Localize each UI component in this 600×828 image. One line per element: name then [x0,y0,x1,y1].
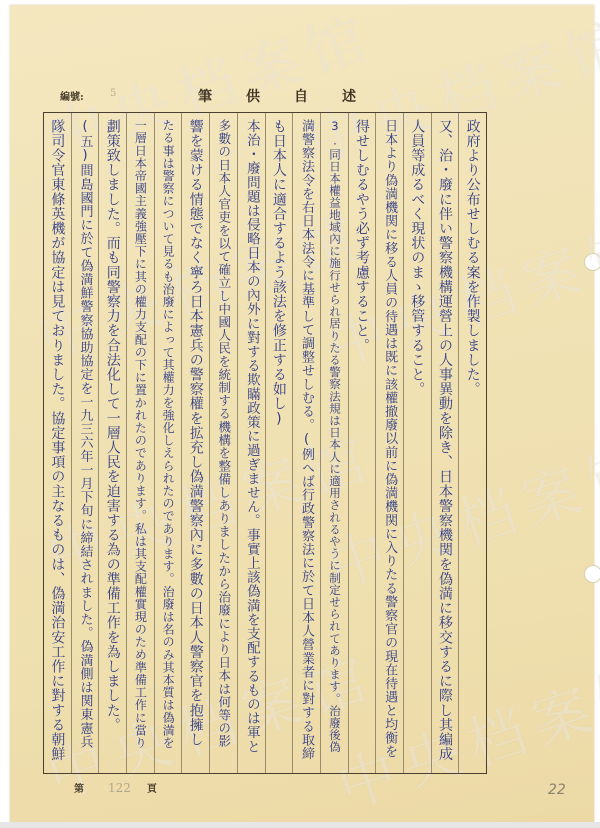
handwritten-line: 隊司令官東條英機が協定は見ておりました。協定事項の主なるものは、偽満治安工作に對… [50,119,64,761]
manuscript-column: 隊司令官東條英機が協定は見ておりました。協定事項の主なるものは、偽満治安工作に對… [44,113,72,773]
manuscript-column: 政府より公布せしむる案を作製しました。 [459,113,486,773]
handwritten-line: 響を蒙ける情態でなく寧ろ日本憲兵の警察權を拡充し偽満警察內に多數の日本人警察官を… [189,119,203,747]
manuscript-column: 又、治・廢に伴い警察機構運營上の人事異動を除き、日本警察機関を偽満に移交するに際… [432,113,460,773]
archive-number: 22 [548,782,566,798]
manuscript-column: 多數の日本人官吏を以て確立し中國人民を統制する機構を整備しありましたから治廢によ… [210,113,238,773]
manuscript-column: 満警察法令を右日本法令に基準して調整せしむる。(例へば行政警察法に於て日本人營業… [293,113,321,773]
manuscript-column: たる事は警察について見るも治廢によって其權力を強化しえられたのであります。治廢は… [155,113,183,773]
manuscript-column: 得せしむるやう必ず考慮すること。 [349,113,377,773]
manuscript-column: 3.同日本權益地域內に施行せられ居りたる警察法規は日本人に適用されるやうに制定せ… [321,113,349,773]
handwritten-line: 劃策致しました。而も同警察力を合法化して一層人民を迫害する為の準備工作を為しまし… [106,119,120,732]
manuscript-column: 劃策致しました。而も同警察力を合法化して一層人民を迫害する為の準備工作を為しまし… [99,113,127,773]
handwritten-line: 又、治・廢に伴い警察機構運營上の人事異動を除き、日本警察機関を偽満に移交するに際… [438,119,452,761]
serial-number: 5 [110,88,116,99]
page-prefix: 第 [74,784,84,795]
punch-hole [584,565,600,583]
handwritten-line: 人員等成るべく現状のまゝ移管すること。 [410,119,424,396]
manuscript-column: 人員等成るべく現状のまゝ移管すること。 [404,113,432,773]
handwritten-line: 3.同日本權益地域內に施行せられ居りたる警察法規は日本人に適用されるやうに制定せ… [328,119,340,753]
document-title: 筆供自述 [198,86,390,106]
page-suffix: 頁 [147,784,157,795]
document-header: 編號: 5 筆供自述 [60,86,480,106]
handwritten-line: (五)間島國門に於て偽満鮮警察協助協定を一九三六年一月下旬に締結されました。偽満… [79,119,92,749]
handwritten-line: 満警察法令を右日本法令に基準して調整せしむる。(例へば行政警察法に於て日本人營業… [300,119,313,760]
manuscript-column: 日本より偽満機関に移る人員の待遇は既に該權撤廢以前に偽満機関に入りたる警察官の現… [376,113,404,773]
manuscript-column: 響を蒙ける情態でなく寧ろ日本憲兵の警察權を拡充し偽満警察內に多數の日本人警察官を… [182,113,210,773]
page-bottom-edge [0,822,600,828]
handwritten-line: も日本人に適合するよう該法を修正する如し) [272,119,286,428]
handwritten-line: たる事は警察について見るも治廢によって其權力を強化しえられたのであります。治廢は… [162,119,174,749]
manuscript-column: も日本人に適合するよう該法を修正する如し) [266,113,294,773]
manuscript-column: 本治・廢問題は侵略日本の內外に對する欺瞞政策に過ぎません。事實上該偽満を支配する… [238,113,266,773]
page-number: 122 [108,781,131,795]
handwritten-line: 日本より偽満機関に移る人員の待遇は既に該權撤廢以前に偽満機関に入りたる警察官の現… [383,119,396,758]
manuscript-grid: 隊司令官東條英機が協定は見ておりました。協定事項の主なるものは、偽満治安工作に對… [43,112,487,774]
handwritten-line: 多數の日本人官吏を以て確立し中國人民を統制する機構を整備しありましたから治廢によ… [217,119,230,748]
punch-hole [584,253,600,271]
manuscript-column: (五)間島國門に於て偽満鮮警察協助協定を一九三六年一月下旬に締結されました。偽満… [72,113,100,773]
page-number-footer: 第122頁 [74,780,157,795]
serial-label: 編號: [60,88,84,103]
handwritten-line: 得せしむるやう必ず考慮すること。 [355,119,369,353]
manuscript-column: 一層日本帝國主義強壓下に其の權力支配の下に置かれたのであります。私は其支配權實現… [127,113,155,773]
handwritten-line: 政府より公布せしむる案を作製しました。 [466,119,480,396]
handwritten-line: 一層日本帝國主義強壓下に其の權力支配の下に置かれたのであります。私は其支配權實現… [134,119,146,749]
handwritten-line: 本治・廢問題は侵略日本の內外に對する欺瞞政策に過ぎません。事實上該偽満を支配する… [244,119,258,754]
